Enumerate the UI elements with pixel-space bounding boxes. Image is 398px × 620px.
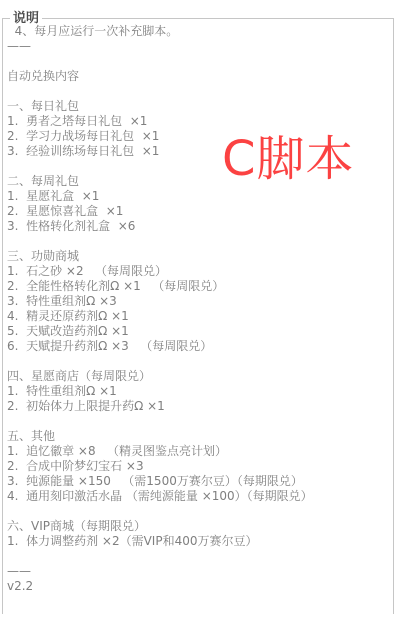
content-line: 四、星愿商店（每周限兑） xyxy=(7,369,393,384)
content-line: 3. 纯源能量 ×150 （需1500万赛尔豆）（每期限兑） xyxy=(7,474,393,489)
content-line: 1. 石之砂 ×2 （每周限兑） xyxy=(7,264,393,279)
content-line xyxy=(7,354,393,369)
readme-panel: { "groupbox": { "title": "说明" }, "waterm… xyxy=(0,0,398,620)
content-line: 六、VIP商城（每期限兑） xyxy=(7,519,393,534)
content-line: 五、其他 xyxy=(7,429,393,444)
content-line xyxy=(7,84,393,99)
content-line: —— xyxy=(7,39,393,54)
content-line: —— xyxy=(7,564,393,579)
content-line xyxy=(7,54,393,69)
content-line: 4. 通用刻印激活水晶 （需纯源能量 ×100）（每期限兑） xyxy=(7,489,393,504)
content-line: 5. 天赋改造药剂Ω ×1 xyxy=(7,324,393,339)
content-line: 2. 全能性格转化剂Ω ×1 （每周限兑） xyxy=(7,279,393,294)
content-line xyxy=(7,234,393,249)
content-line: 1. 勇者之塔每日礼包 ×1 xyxy=(7,114,393,129)
content-line: 6. 天赋提升药剂Ω ×3 （每周限兑） xyxy=(7,339,393,354)
content-line xyxy=(7,414,393,429)
content-line: 4. 精灵还原药剂Ω ×1 xyxy=(7,309,393,324)
exchange-content-text: 4、每月应运行一次补充脚本。—— 自动兑换内容 一、每日礼包1. 勇者之塔每日礼… xyxy=(7,24,393,594)
content-line xyxy=(7,504,393,519)
content-line: 自动兑换内容 xyxy=(7,69,393,84)
content-line: v2.2 xyxy=(7,579,393,594)
content-line: 2. 合成中阶梦幻宝石 ×3 xyxy=(7,459,393,474)
content-line xyxy=(7,549,393,564)
script-watermark-label: C脚本 xyxy=(222,131,355,187)
content-line: 2. 星愿惊喜礼盒 ×1 xyxy=(7,204,393,219)
content-line: 4、每月应运行一次补充脚本。 xyxy=(7,24,393,39)
content-line: 1. 特性重组剂Ω ×1 xyxy=(7,384,393,399)
content-line: 三、功勋商城 xyxy=(7,249,393,264)
content-line: 一、每日礼包 xyxy=(7,99,393,114)
content-line: 3. 性格转化剂礼盒 ×6 xyxy=(7,219,393,234)
content-line: 1. 追忆徽章 ×8 （精灵图鉴点亮计划） xyxy=(7,444,393,459)
content-line: 1. 星愿礼盒 ×1 xyxy=(7,189,393,204)
content-line: 1. 体力调整药剂 ×2（需VIP和400万赛尔豆） xyxy=(7,534,393,549)
content-line: 2. 初始体力上限提升药Ω ×1 xyxy=(7,399,393,414)
content-line: 3. 特性重组剂Ω ×3 xyxy=(7,294,393,309)
